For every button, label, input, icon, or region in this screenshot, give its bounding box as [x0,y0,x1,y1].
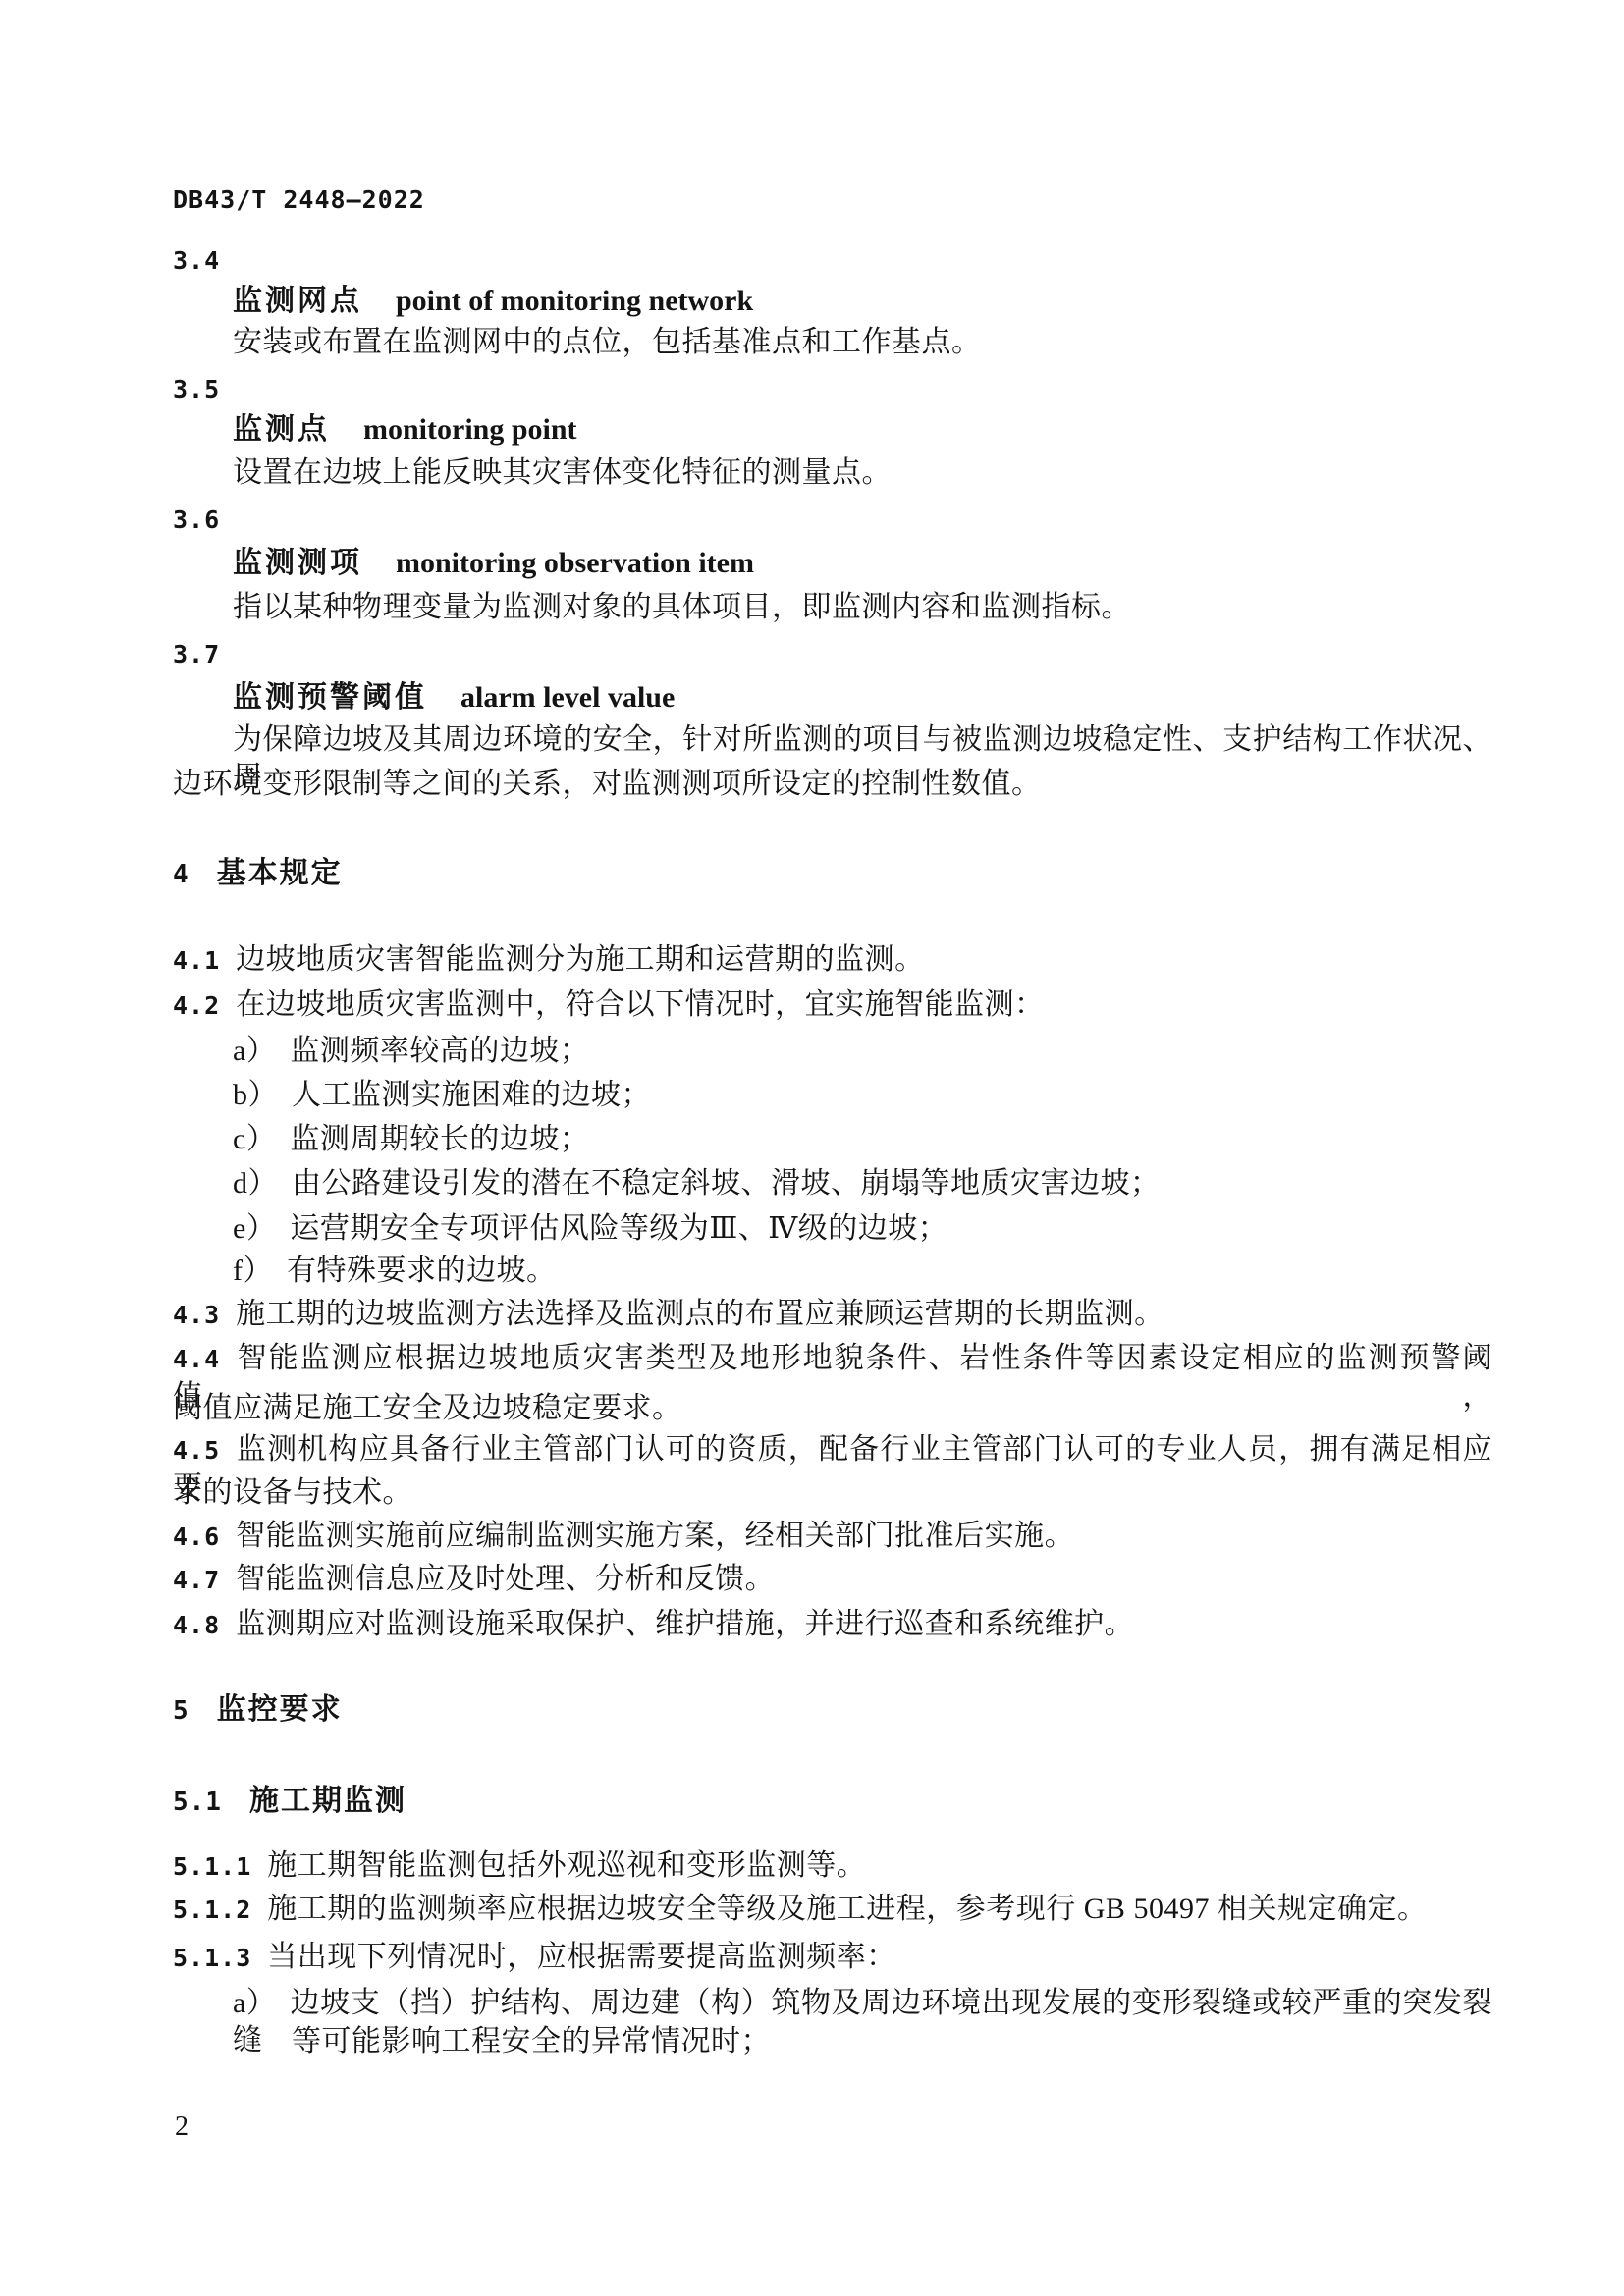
list-item-a: a）监测频率较高的边坡； [233,1033,589,1070]
clause-number-text: 3.7 [173,640,220,668]
clause-4-3: 4.3施工期的边坡监测方法选择及监测点的布置应兼顾运营期的长期监测。 [173,1296,1164,1334]
list-item-text: 由公路建设引发的潜在不稳定斜坡、滑坡、崩塌等地质灾害边坡； [292,1167,1161,1200]
term-definition-3-7-line2: 边环境变形限制等之间的关系，对监测测项所设定的控制性数值。 [173,766,1042,803]
clause-number: 4.7 [173,1566,220,1594]
list-item-text: 监测周期较长的边坡； [290,1123,589,1155]
term-zh: 监测点 [233,413,330,446]
clause-text: 智能监测信息应及时处理、分析和反馈。 [236,1563,775,1595]
term-en: point of monitoring network [396,285,753,317]
section-title: 监控要求 [217,1693,343,1726]
clause-text: 施工期的监测频率应根据边坡安全等级及施工进程，参考现行 GB 50497 相关规… [267,1893,1427,1925]
clause-number-3-6: 3.6 [173,501,220,539]
clause-text: 监测期应对监测设施采取保护、维护措施，并进行巡查和系统维护。 [236,1608,1134,1640]
list-item-e: e）运营期安全专项评估风险等级为Ⅲ、Ⅳ级的边坡； [233,1210,947,1248]
clause-number-3-4: 3.4 [173,241,220,280]
term-zh: 监测测项 [233,547,362,579]
subsection-number: 5.1 [173,1788,222,1817]
list-marker: a） [233,1987,277,2019]
term-definition-3-5: 设置在边坡上能反映其灾害体变化特征的测量点。 [233,454,892,492]
list-item-text: 人工监测实施困难的边坡； [292,1079,651,1111]
section-5-heading: 5监控要求 [173,1691,343,1730]
clause-text: 施工期智能监测包括外观巡视和变形监测等。 [267,1849,866,1882]
clause-number: 5.1.2 [173,1896,251,1924]
clause-number: 4.1 [173,946,220,975]
list-marker: b） [233,1079,278,1111]
clause-number: 4.5 [173,1436,220,1465]
list-marker: d） [233,1167,278,1200]
list-item-b: b）人工监测实施困难的边坡； [233,1077,651,1114]
term-definition-3-6: 指以某种物理变量为监测对象的具体项目，即监测内容和监测指标。 [233,589,1131,626]
clause-text: 当出现下列情况时，应根据需要提高监测频率： [267,1941,896,1973]
list-item-5-1-3-a-line2: 等可能影响工程安全的异常情况时； [292,2023,771,2060]
clause-number: 4.3 [173,1301,220,1329]
clause-number-3-7: 3.7 [173,635,220,673]
list-marker: e） [233,1212,276,1245]
clause-4-5-line2: 求的设备与技术。 [173,1474,412,1512]
term-zh: 监测网点 [233,285,362,317]
term-en: monitoring observation item [396,547,754,579]
clause-5-1-3: 5.1.3当出现下列情况时，应根据需要提高监测频率： [173,1939,896,1977]
clause-4-1: 4.1边坡地质灾害智能监测分为施工期和运营期的监测。 [173,941,925,980]
term-line-3-5: 监测点monitoring point [233,411,577,449]
clause-5-1-2: 5.1.2施工期的监测频率应根据边坡安全等级及施工进程，参考现行 GB 5049… [173,1891,1427,1929]
clause-text: 在边坡地质灾害监测中，符合以下情况时，宜实施智能监测： [236,988,1045,1021]
clause-number: 4.8 [173,1611,220,1639]
term-en: monitoring point [363,413,577,446]
list-item-text: 监测频率较高的边坡； [290,1035,589,1067]
clause-5-1-1: 5.1.1施工期智能监测包括外观巡视和变形监测等。 [173,1847,866,1886]
clause-number: 4.4 [173,1345,220,1373]
doc-header: DB43/T 2448—2022 [173,182,425,219]
list-marker: f） [233,1255,273,1287]
term-en: alarm level value [460,681,675,714]
list-marker: a） [233,1035,276,1067]
clause-number-text: 3.4 [173,246,220,275]
clause-4-8: 4.8监测期应对监测设施采取保护、维护措施，并进行巡查和系统维护。 [173,1606,1134,1644]
clause-number: 5.1.3 [173,1944,251,1972]
clause-number-text: 3.5 [173,375,220,403]
clause-text: 边坡地质灾害智能监测分为施工期和运营期的监测。 [236,943,925,976]
list-item-c: c）监测周期较长的边坡； [233,1121,589,1158]
section-number: 5 [173,1696,189,1726]
clause-text: 施工期的边坡监测方法选择及监测点的布置应兼顾运营期的长期监测。 [236,1298,1164,1330]
clause-4-6: 4.6智能监测实施前应编制监测实施方案，经相关部门批准后实施。 [173,1518,1074,1556]
clause-number-text: 3.6 [173,506,220,534]
list-marker: c） [233,1123,276,1155]
clause-text: 智能监测实施前应编制监测实施方案，经相关部门批准后实施。 [236,1520,1074,1552]
document-page: DB43/T 2448—2022 3.4 监测网点point of monito… [0,0,1624,2296]
clause-4-4-line2: 阈值应满足施工安全及边坡稳定要求。 [173,1390,682,1427]
term-line-3-7: 监测预警阈值alarm level value [233,679,675,717]
clause-number: 4.2 [173,991,220,1020]
term-definition-3-4: 安装或布置在监测网中的点位，包括基准点和工作基点。 [233,324,982,361]
term-line-3-4: 监测网点point of monitoring network [233,283,753,320]
clause-4-2: 4.2在边坡地质灾害监测中，符合以下情况时，宜实施智能监测： [173,987,1045,1025]
list-item-d: d）由公路建设引发的潜在不稳定斜坡、滑坡、崩塌等地质灾害边坡； [233,1165,1161,1202]
section-number: 4 [173,860,189,889]
subsection-title: 施工期监测 [249,1785,406,1817]
clause-4-7: 4.7智能监测信息应及时处理、分析和反馈。 [173,1561,775,1599]
list-item-text: 运营期安全专项评估风险等级为Ⅲ、Ⅳ级的边坡； [290,1212,947,1245]
clause-number: 4.6 [173,1522,220,1551]
term-zh: 监测预警阈值 [233,681,427,714]
subsection-5-1-heading: 5.1施工期监测 [173,1783,406,1821]
section-title: 基本规定 [217,857,343,889]
list-item-f: f）有特殊要求的边坡。 [233,1253,557,1290]
term-line-3-6: 监测测项monitoring observation item [233,545,754,582]
section-4-heading: 4基本规定 [173,855,343,893]
clause-number: 5.1.1 [173,1852,251,1881]
clause-number-3-5: 3.5 [173,370,220,408]
page-number: 2 [175,2109,189,2146]
list-item-text: 有特殊要求的边坡。 [287,1255,557,1287]
